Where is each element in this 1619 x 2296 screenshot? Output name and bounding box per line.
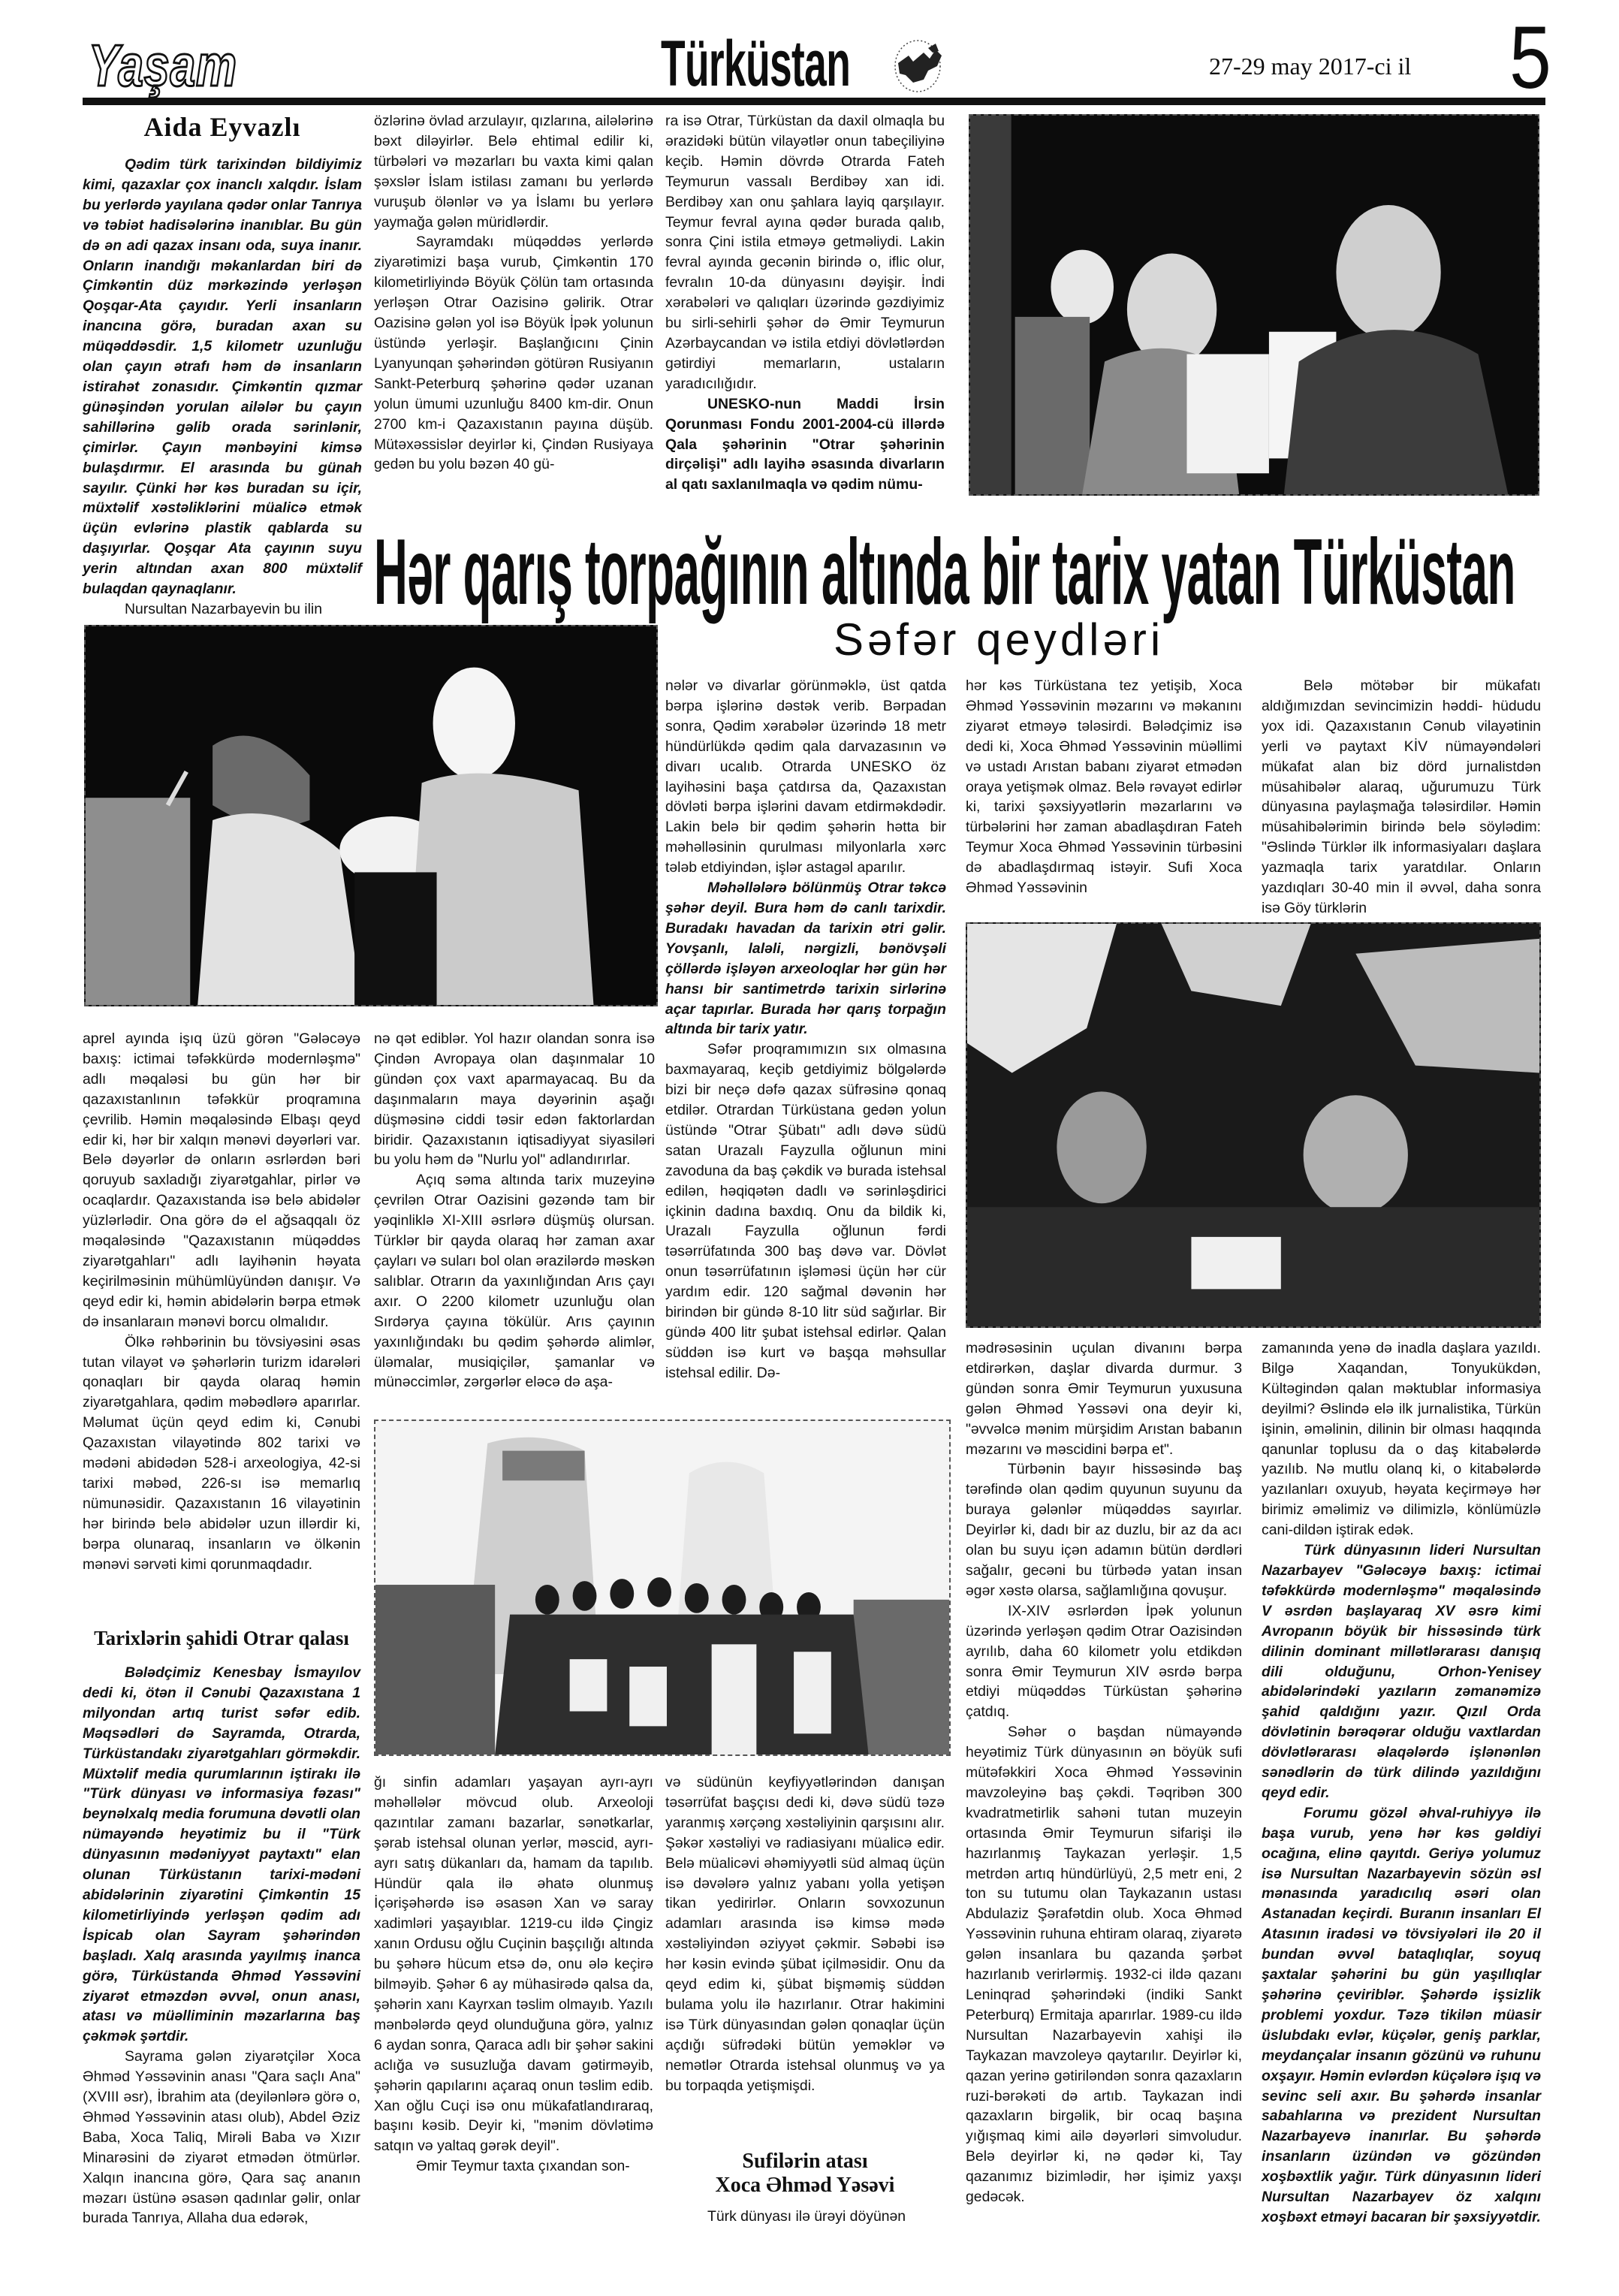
map-emblem-icon: [883, 33, 955, 95]
paragraph: UNESKO-nun Maddi İrsin Qorunması Fondu 2…: [665, 394, 945, 496]
issue-date: 27-29 may 2017-ci il: [1209, 54, 1411, 78]
column-a-mid: nələr və divarlar görünməklə, üst qatda …: [665, 676, 946, 1383]
paragraph: hər kəs Türküstana tez yetişib, Xoca Əhm…: [966, 676, 1242, 898]
photo-otrar-fortress-group: [374, 1420, 951, 1756]
paragraph: Sayrama gələn ziyarətçilər Xoca Əhməd Yə…: [83, 2047, 360, 2228]
paragraph: aprel ayında işıq üzü görən "Gələcəyə ba…: [83, 1029, 360, 1332]
column-4-low: mədrəsəsinin uçulan divanını bərpa etdir…: [966, 1338, 1242, 2207]
column-3-bottom: və südünün keyfiyyətlərindən danışan təs…: [665, 1773, 945, 2096]
masthead-rule: [83, 98, 1545, 105]
page-number: 5: [1509, 14, 1551, 102]
paragraph: nə qət ediblər. Yol hazır olandan sonra …: [374, 1029, 655, 1170]
paragraph: nələr və divarlar görünməklə, üst qatda …: [665, 676, 946, 878]
paragraph: ra isə Otrar, Türküstan da daxil olmaqla…: [665, 111, 945, 394]
paragraph: Bələdçimiz Kenesbay İsmayılov dedi ki, ö…: [83, 1663, 360, 2047]
paragraph: Səhər o başdan nümayəndə heyətimiz Türk …: [966, 1722, 1242, 2207]
paragraph: Qədim türk tarixindən bildiyimiz kimi, q…: [83, 155, 362, 599]
paragraph: zamanında yenə də inadla daşlara yazıldı…: [1262, 1338, 1541, 1540]
column-2-top: özlərinə övlad arzulayır, qızlarına, ail…: [374, 111, 653, 475]
subsection-line: Sufilərin atası: [665, 2150, 945, 2174]
subsection-line: Xoca Əhməd Yəsəvi: [665, 2174, 945, 2198]
subsection-heading-otrar-fortress: Tarixlərin şahidi Otrar qalası: [83, 1627, 360, 1650]
paragraph: Məhəllələrə bölünmüş Otrar təkcə şəhər d…: [665, 878, 946, 1039]
paragraph: Açıq səma altında tarix muzeyinə çevrilə…: [374, 1170, 655, 1392]
paragraph: Əmir Teymur taxta çıxandan son-: [374, 2156, 653, 2177]
article-headline: Hər qarış torpağının altında bir tarix y…: [374, 526, 960, 619]
photo-award-ceremony-podium: [84, 625, 658, 1006]
paragraph: Belə mötəbər bir mükafatı aldığımızdan s…: [1262, 676, 1541, 919]
article-subheadline: Səfər qeydləri: [834, 617, 1164, 662]
paragraph: Nursultan Nazarbayevin bu ilin: [83, 599, 362, 620]
paragraph: özlərinə övlad arzulayır, qızlarına, ail…: [374, 111, 653, 232]
column-1-top: Qədim türk tarixindən bildiyimiz kimi, q…: [83, 155, 362, 620]
paragraph: Forumu gözəl əhval-ruhiyyə ilə başa vuru…: [1262, 1803, 1541, 2228]
paragraph: və südünün keyfiyyətlərindən danışan təs…: [665, 1773, 945, 2096]
column-1-bottom: Bələdçimiz Kenesbay İsmayılov dedi ki, ö…: [83, 1663, 360, 2228]
column-c-mid: Belə mötəbər bir mükafatı aldığımızdan s…: [1262, 676, 1541, 919]
paragraph: Səfər proqramımızın sıx olmasına baxmaya…: [665, 1039, 946, 1383]
paragraph: Türbənin bayır hissəsində baş tərəfində …: [966, 1459, 1242, 1601]
column-3-top: ra isə Otrar, Türküstan da daxil olmaqla…: [665, 111, 945, 495]
column-3-end: Türk dünyası ilə ürəyi döyünən: [665, 2207, 945, 2227]
newspaper-title: Türküstan: [661, 32, 850, 96]
photo-award-ceremony-man-woman: [969, 114, 1539, 496]
column-2-low: nə qət ediblər. Yol hazır olandan sonra …: [374, 1029, 655, 1392]
paragraph: Sayramdakı müqəddəs yerlərdə ziyarətimiz…: [374, 232, 653, 475]
photo-conference-audience: [966, 922, 1541, 1328]
paragraph: Türk dünyasının lideri Nursultan Nazarba…: [1262, 1540, 1541, 1803]
column-1-low: aprel ayında işıq üzü görən "Gələcəyə ba…: [83, 1029, 360, 1574]
subsection-heading-yasavi: Sufilərin atası Xoca Əhməd Yəsəvi: [665, 2150, 945, 2198]
section-title: Yaşam: [89, 36, 237, 95]
paragraph: Ölkə rəhbərinin bu tövsiyəsini əsas tuta…: [83, 1332, 360, 1575]
paragraph: mədrəsəsinin uçulan divanını bərpa etdir…: [966, 1338, 1242, 1459]
column-b-mid: hər kəs Türküstana tez yetişib, Xoca Əhm…: [966, 676, 1242, 898]
paragraph: IX-XIV əsrlərdən İpək yolunun üzərində y…: [966, 1601, 1242, 1722]
paragraph: ğı sinfin adamları yaşayan ayrı-ayrı məh…: [374, 1773, 653, 2156]
author-byline: Aida Eyvazlı: [83, 111, 362, 143]
paragraph: Türk dünyası ilə ürəyi döyünən: [665, 2207, 945, 2227]
column-5-low: zamanında yenə də inadla daşlara yazıldı…: [1262, 1338, 1541, 2228]
column-2-bottom: ğı sinfin adamları yaşayan ayrı-ayrı məh…: [374, 1773, 653, 2177]
